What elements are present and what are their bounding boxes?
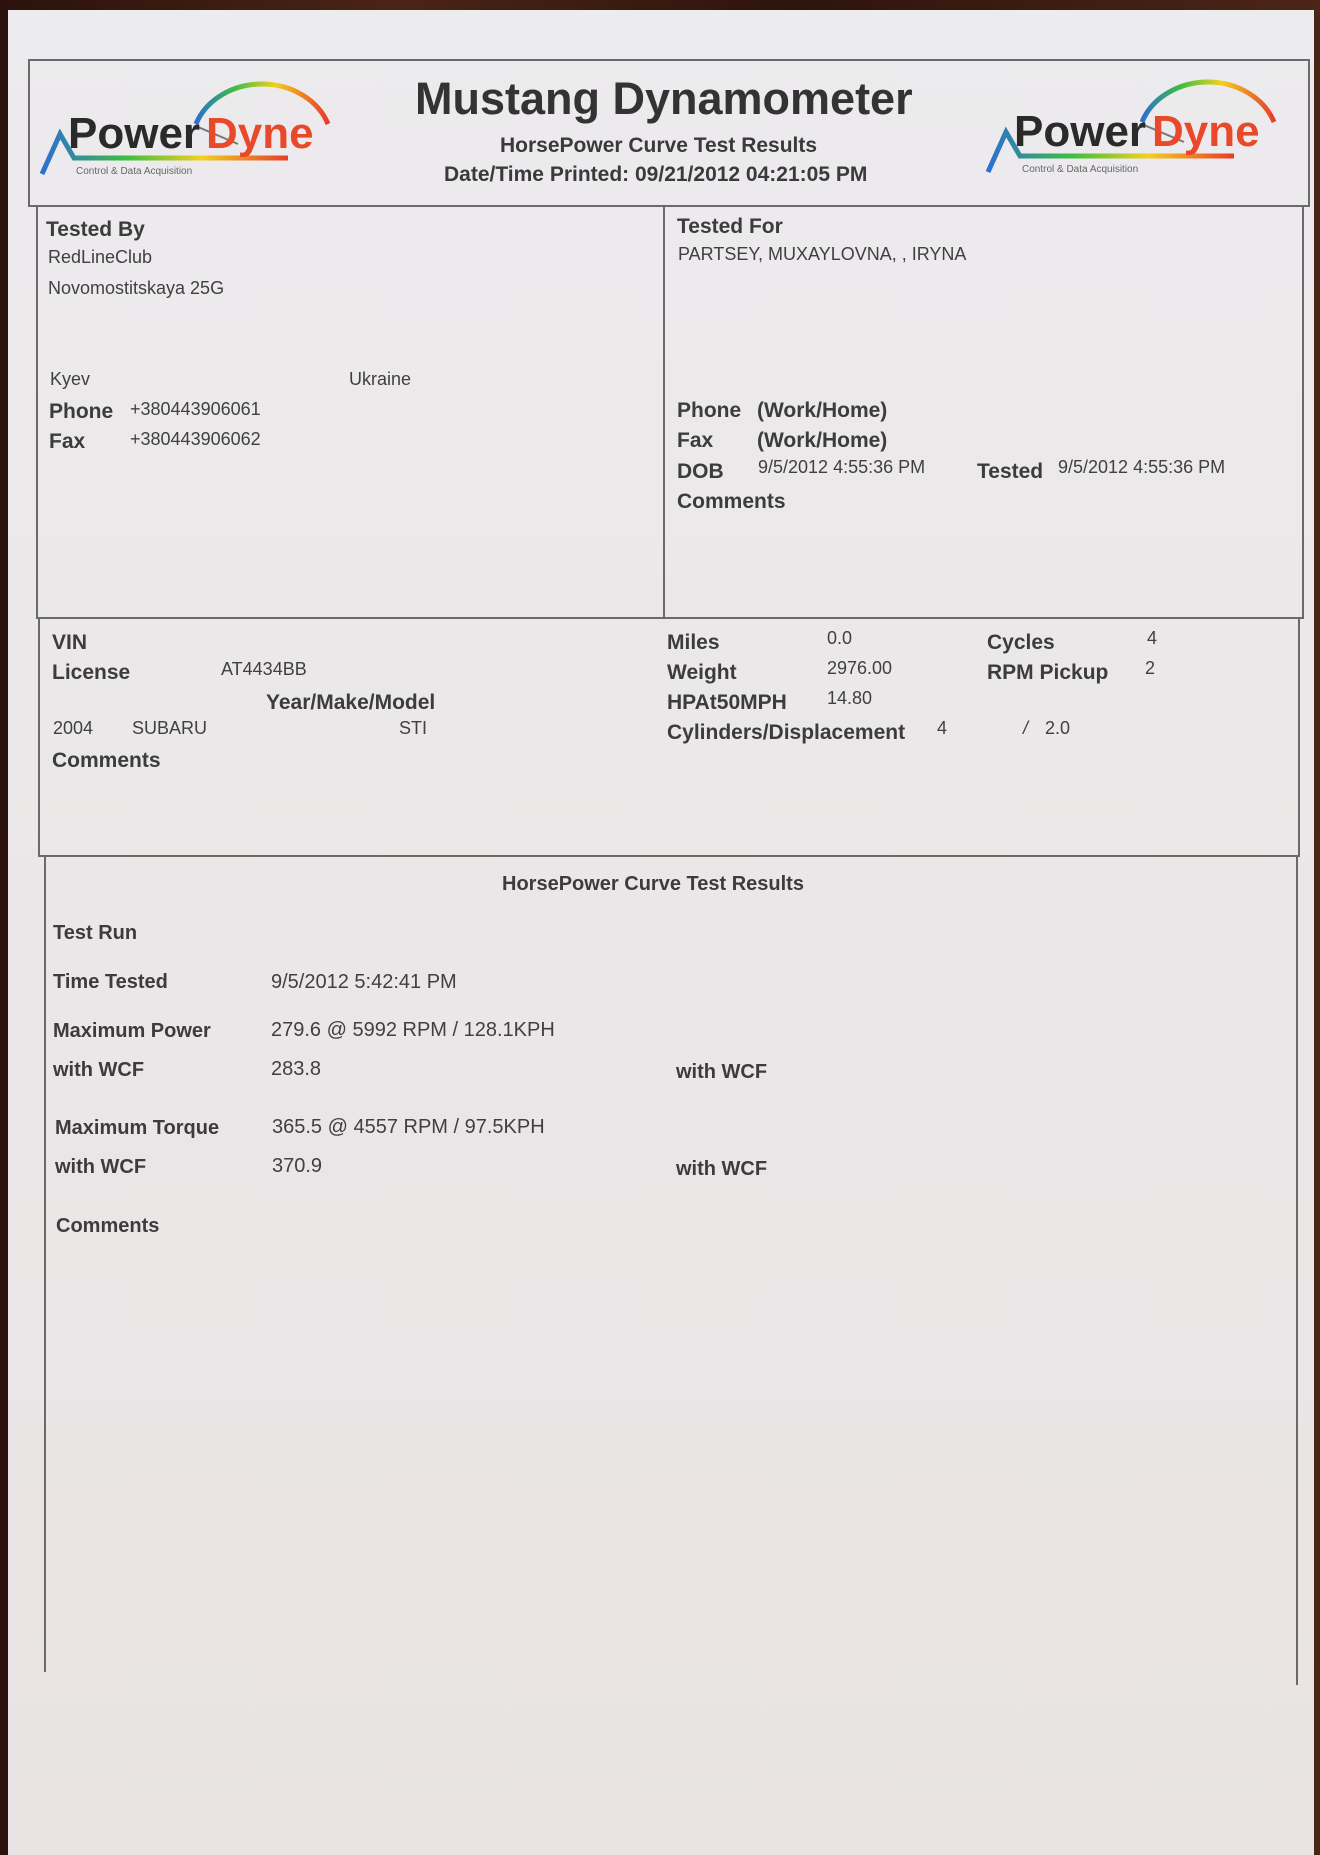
printed-value: 09/21/2012 04:21:05 PM — [635, 163, 867, 186]
powerdyne-logo-icon: Power Dyne Control & Data Acquisition — [38, 72, 338, 182]
max-power-label: Maximum Power — [53, 1020, 211, 1043]
printed-datetime: Date/Time Printed: 09/21/2012 04:21:05 P… — [444, 163, 867, 187]
miles-label: Miles — [667, 631, 720, 655]
tested-for-name: PARTSEY, MUXAYLOVNA, , IRYNA — [678, 244, 966, 265]
tested-by-fax-label: Fax — [49, 430, 85, 454]
max-power-value: 279.6 @ 5992 RPM / 128.1KPH — [271, 1019, 555, 1042]
powerdyne-logo-left: Power Dyne Control & Data Acquisition — [38, 72, 338, 182]
column-divider — [663, 205, 665, 619]
tested-by-country: Ukraine — [349, 369, 411, 390]
year-make-model-label: Year/Make/Model — [266, 691, 435, 715]
svg-text:Power: Power — [1014, 107, 1146, 156]
time-tested-value: 9/5/2012 5:42:41 PM — [271, 971, 457, 994]
hp50-value: 14.80 — [827, 688, 872, 709]
license-value: AT4434BB — [221, 659, 307, 680]
cylinders-separator: / — [1023, 718, 1028, 739]
rpm-pickup-label: RPM Pickup — [987, 661, 1108, 685]
cycles-label: Cycles — [987, 631, 1055, 655]
tested-for-phone-value: (Work/Home) — [757, 399, 887, 423]
tested-by-fax: +380443906062 — [130, 429, 261, 450]
tested-for-tested-label: Tested — [977, 460, 1043, 484]
tested-by-phone: +380443906061 — [130, 399, 261, 420]
max-torque-label: Maximum Torque — [55, 1117, 219, 1140]
svg-text:Power: Power — [68, 109, 200, 158]
tested-by-address: Novomostitskaya 25G — [48, 278, 224, 299]
tested-for-comments-label: Comments — [677, 490, 786, 514]
weight-value: 2976.00 — [827, 658, 892, 679]
license-label: License — [52, 661, 130, 685]
vehicle-year: 2004 — [53, 718, 93, 739]
tested-for-heading: Tested For — [677, 215, 783, 239]
tested-by-name: RedLineClub — [48, 247, 152, 268]
tested-for-phone-label: Phone — [677, 399, 741, 423]
max-torque-value: 365.5 @ 4557 RPM / 97.5KPH — [272, 1116, 545, 1139]
results-right-border — [1296, 857, 1298, 1685]
cylinders-value: 4 — [937, 718, 947, 739]
svg-text:Control & Data Acquisition: Control & Data Acquisition — [76, 166, 192, 177]
time-tested-label: Time Tested — [53, 971, 168, 994]
weight-label: Weight — [667, 661, 737, 685]
torque-wcf-value: 370.9 — [272, 1155, 322, 1178]
cylinders-displacement-label: Cylinders/Displacement — [667, 721, 905, 745]
vin-label: VIN — [52, 631, 87, 655]
test-run-label: Test Run — [53, 922, 137, 945]
power-wcf-right-label: with WCF — [676, 1061, 767, 1084]
power-wcf-label: with WCF — [53, 1059, 144, 1082]
tested-by-city: Kyev — [50, 369, 90, 390]
cycles-value: 4 — [1147, 628, 1157, 649]
torque-wcf-right-label: with WCF — [676, 1158, 767, 1181]
results-heading: HorsePower Curve Test Results — [502, 873, 804, 896]
tested-by-heading: Tested By — [46, 218, 145, 242]
torque-wcf-label: with WCF — [55, 1156, 146, 1179]
tested-for-fax-value: (Work/Home) — [757, 429, 887, 453]
vehicle-model: STI — [399, 718, 427, 739]
report-title: Mustang Dynamometer — [415, 73, 913, 125]
hp50-label: HPAt50MPH — [667, 691, 787, 715]
tested-for-tested: 9/5/2012 4:55:36 PM — [1058, 457, 1225, 478]
tested-for-dob: 9/5/2012 4:55:36 PM — [758, 457, 925, 478]
tested-for-fax-label: Fax — [677, 429, 713, 453]
rpm-pickup-value: 2 — [1145, 658, 1155, 679]
tested-by-phone-label: Phone — [49, 400, 113, 424]
powerdyne-logo-icon: Power Dyne Control & Data Acquisition — [984, 70, 1284, 180]
vehicle-comments-label: Comments — [52, 749, 161, 773]
miles-value: 0.0 — [827, 628, 852, 649]
power-wcf-value: 283.8 — [271, 1058, 321, 1081]
results-comments-label: Comments — [56, 1215, 159, 1238]
printed-label: Date/Time Printed: — [444, 163, 629, 186]
svg-text:Dyne: Dyne — [206, 109, 314, 158]
svg-text:Control & Data Acquisition: Control & Data Acquisition — [1022, 164, 1138, 175]
report-subtitle: HorsePower Curve Test Results — [500, 134, 817, 158]
powerdyne-logo-right: Power Dyne Control & Data Acquisition — [984, 70, 1284, 180]
vehicle-make: SUBARU — [132, 718, 207, 739]
tested-for-dob-label: DOB — [677, 460, 724, 484]
svg-text:Dyne: Dyne — [1152, 107, 1260, 156]
displacement-value: 2.0 — [1045, 718, 1070, 739]
results-left-border — [44, 857, 46, 1672]
